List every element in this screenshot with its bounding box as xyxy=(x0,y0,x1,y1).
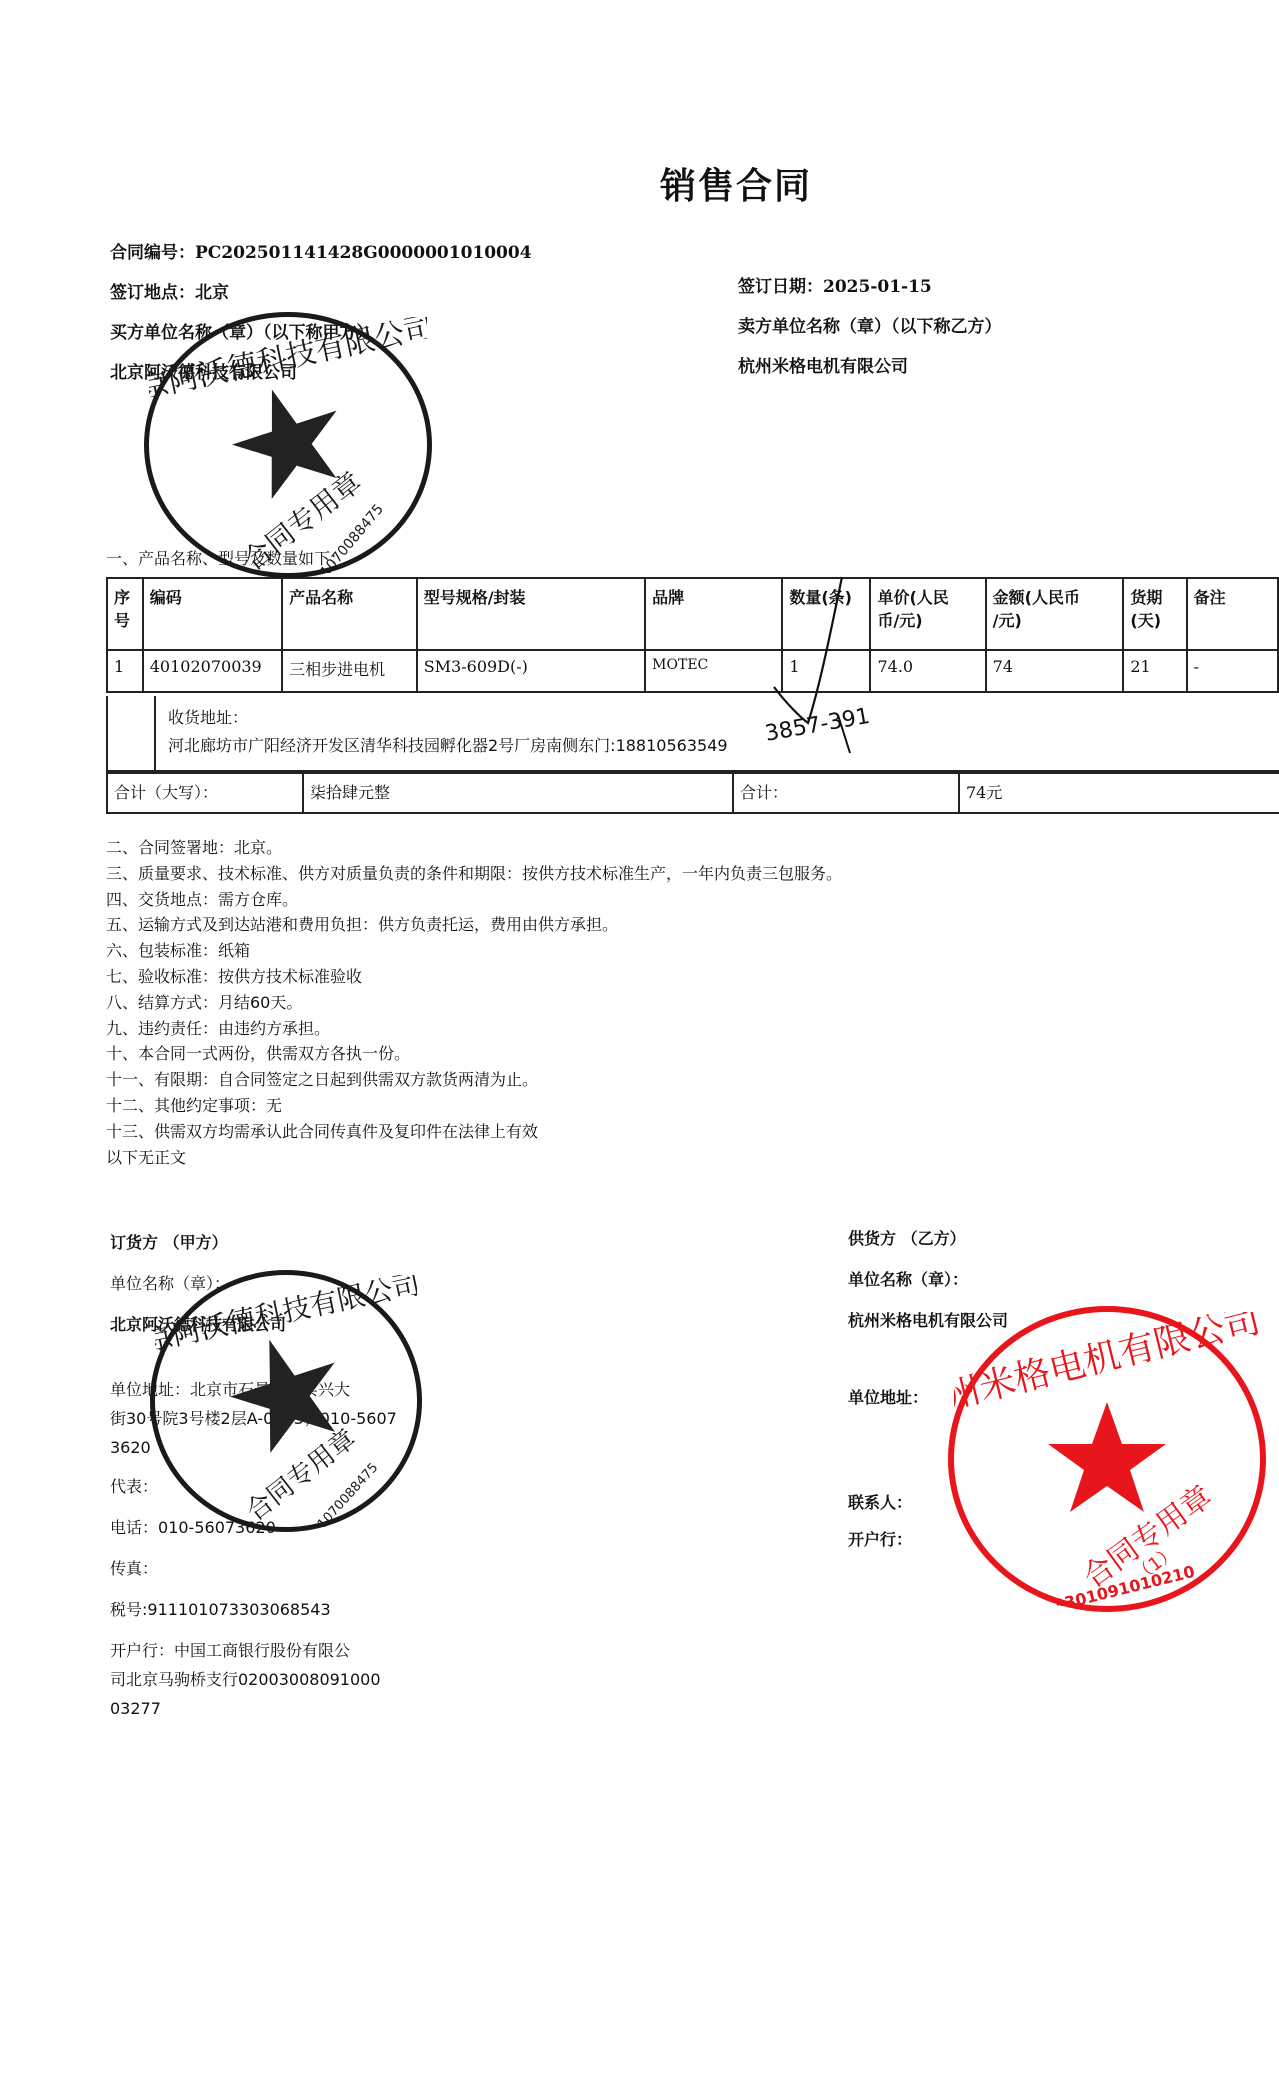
seller-unit-name-label: 单位名称（章）： xyxy=(848,1259,1008,1300)
document-title: 销售合同 xyxy=(660,158,812,209)
delivery-address-row: 收货地址： 河北廊坊市广阳经济开发区清华科技园孵化器2号厂房南侧东门:18810… xyxy=(106,696,1279,772)
sign-date-label: 签订日期： xyxy=(738,277,823,297)
col-header-lead-days: 货期 (天) xyxy=(1123,578,1186,650)
col-header-name: 产品名称 xyxy=(282,578,417,650)
col-header-unit-price: 单价(人民 币/元) xyxy=(870,578,985,650)
term-item: 七、验收标准：按供方技术标准验收 xyxy=(106,964,842,990)
total-words-label: 合计（大写）： xyxy=(108,774,304,812)
svg-text:3857-391: 3857-391 xyxy=(763,704,872,747)
buyer-fax-label: 传真： xyxy=(110,1548,397,1589)
contract-number-label: 合同编号： xyxy=(110,243,195,263)
term-item: 五、运输方式及到达站港和费用负担：供方负责托运，费用由供方承担。 xyxy=(106,912,842,938)
delivery-address-value: 河北廊坊市广阳经济开发区清华科技园孵化器2号厂房南侧东门:18810563549 xyxy=(168,732,728,760)
total-value: 74元 xyxy=(960,774,1166,812)
sign-date-value: 2025-01-15 xyxy=(823,277,932,297)
sign-date: 签订日期：2025-01-15 xyxy=(738,272,932,297)
term-item: 十三、供需双方均需承认此合同传真件及复印件在法律上有效 xyxy=(106,1119,842,1145)
buyer-bank-line3: 03277 xyxy=(110,1694,397,1723)
product-table: 序 号 编码 产品名称 型号规格/封装 品牌 数量(条) 单价(人民 币/元) … xyxy=(106,577,1279,693)
star-icon: 北京阿沃德科技有限公司 合同专用章 1101070088475 xyxy=(155,1275,417,1527)
contract-terms: 二、合同签署地：北京。 三、质量要求、技术标准、供方对质量负责的条件和期限：按供… xyxy=(106,835,842,1170)
buyer-signature-stamp: 北京阿沃德科技有限公司 合同专用章 1101070088475 xyxy=(150,1270,422,1532)
buyer-party-header: 订货方 （甲方） xyxy=(110,1222,397,1263)
cell-lead-days: 21 xyxy=(1123,650,1186,692)
svg-text:北京阿沃德科技有限公司: 北京阿沃德科技有限公司 xyxy=(149,317,427,413)
buyer-bank-label: 开户行： xyxy=(110,1641,174,1660)
term-item: 八、结算方式：月结60天。 xyxy=(106,990,842,1016)
total-row: 合计（大写）： 柒拾肆元整 合计： 74元 xyxy=(106,772,1279,814)
col-header-remark: 备注 xyxy=(1187,578,1278,650)
star-icon: 北京阿沃德科技有限公司 合同专用章 1101070088475 xyxy=(149,317,427,573)
buyer-bank-line1: 中国工商银行股份有限公 xyxy=(174,1641,350,1660)
term-item: 以下无正文 xyxy=(106,1145,842,1171)
star-icon: 杭州米格电机有限公司 合同专用章 （1） 3301091010210 xyxy=(954,1312,1260,1606)
seller-header: 卖方单位名称（章）（以下称乙方） xyxy=(738,312,1002,337)
table-header-row: 序 号 编码 产品名称 型号规格/封装 品牌 数量(条) 单价(人民 币/元) … xyxy=(107,578,1278,650)
delivery-address-label: 收货地址： xyxy=(168,704,728,732)
term-item: 二、合同签署地：北京。 xyxy=(106,835,842,861)
buyer-bank-line2: 司北京马驹桥支行02003008091000 xyxy=(110,1665,397,1694)
seller-name: 杭州米格电机有限公司 xyxy=(738,352,908,377)
col-header-no: 序 号 xyxy=(107,578,143,650)
cell-model: SM3-609D(-) xyxy=(417,650,645,692)
buyer-phone-label: 电话： xyxy=(110,1518,158,1537)
contract-number: 合同编号：PC202501141428G0000001010004 xyxy=(110,238,532,263)
table-row: 1 40102070039 三相步进电机 SM3-609D(-) MOTEC 1… xyxy=(107,650,1278,692)
term-item: 十一、有限期：自合同签定之日起到供需双方款货两清为止。 xyxy=(106,1067,842,1093)
contract-number-value: PC202501141428G0000001010004 xyxy=(195,243,532,263)
sign-place-value: 北京 xyxy=(195,283,229,303)
svg-text:北京阿沃德科技有限公司: 北京阿沃德科技有限公司 xyxy=(155,1275,417,1363)
term-item: 九、违约责任：由违约方承担。 xyxy=(106,1016,842,1042)
cell-name: 三相步进电机 xyxy=(282,650,417,692)
seller-party-header: 供货方 （乙方） xyxy=(848,1218,1008,1259)
term-item: 四、交货地点：需方仓库。 xyxy=(106,887,842,913)
col-header-code: 编码 xyxy=(143,578,282,650)
buyer-tax-label: 税号: xyxy=(110,1600,147,1619)
cell-unit-price: 74.0 xyxy=(870,650,985,692)
col-header-amount: 金额(人民币 /元) xyxy=(986,578,1124,650)
total-label: 合计： xyxy=(734,774,940,812)
cell-code: 40102070039 xyxy=(143,650,282,692)
term-item: 十二、其他约定事项：无 xyxy=(106,1093,842,1119)
term-item: 三、质量要求、技术标准、供方对质量负责的条件和期限：按供方技术标准生产，一年内负… xyxy=(106,861,842,887)
cell-no: 1 xyxy=(107,650,143,692)
sign-place: 签订地点：北京 xyxy=(110,278,229,303)
cell-amount: 74 xyxy=(986,650,1124,692)
cell-remark: - xyxy=(1187,650,1278,692)
buyer-tax-no: 911101073303068543 xyxy=(147,1600,330,1619)
buyer-company-stamp: 北京阿沃德科技有限公司 合同专用章 1101070088475 xyxy=(144,312,432,578)
term-item: 十、本合同一式两份，供需双方各执一份。 xyxy=(106,1041,842,1067)
term-item: 六、包装标准：纸箱 xyxy=(106,938,842,964)
col-header-model: 型号规格/封装 xyxy=(417,578,645,650)
sign-place-label: 签订地点： xyxy=(110,283,195,303)
seller-company-stamp: 杭州米格电机有限公司 合同专用章 （1） 3301091010210 xyxy=(948,1306,1266,1612)
handwritten-annotation: 3857-391 xyxy=(760,575,880,755)
